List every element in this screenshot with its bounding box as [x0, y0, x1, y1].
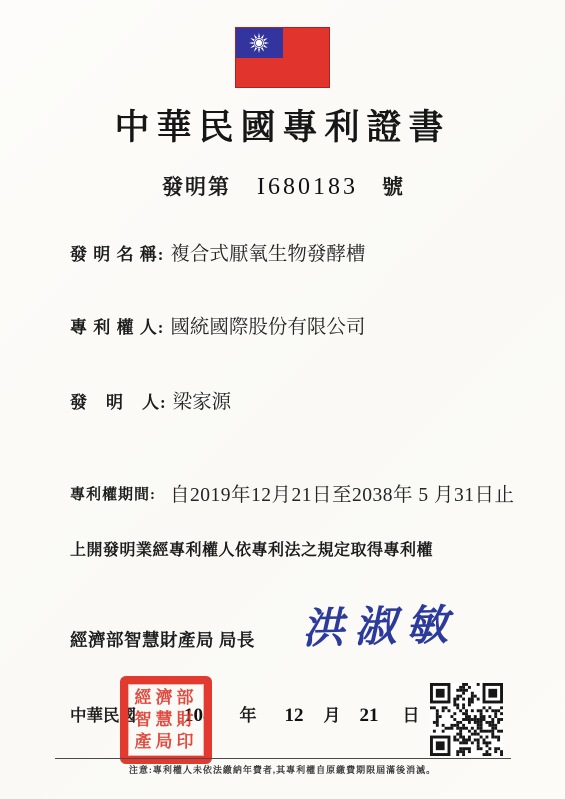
patentee-value: 國統國際股份有限公司 — [170, 317, 365, 338]
footer-divider — [55, 758, 511, 759]
field-inventor: 發 明 人: 梁家源 — [70, 386, 231, 414]
legal-statement: 上開發明業經專利權人依專利法之規定取得專利權 — [70, 537, 433, 560]
patentee-label: 專 利 權 人: — [70, 318, 164, 337]
seal-text: 經濟部智慧財產局印 — [133, 687, 199, 753]
official-red-seal: 經濟部智慧財產局印 — [120, 676, 212, 764]
flag-canton — [236, 28, 283, 58]
patent-number-suffix: 號 — [382, 171, 403, 201]
patent-number-value: I680183 — [257, 174, 358, 201]
patent-certificate-page: 中華民國專利證書 發明第 I680183 號 發 明 名 稱: 複合式厭氧生物發… — [0, 0, 565, 799]
patent-number-row: 發明第 I680183 號 — [0, 171, 565, 201]
taiwan-flag — [235, 27, 330, 88]
date-day: 21 — [360, 705, 379, 726]
footnote: 注意:專利權人未依法繳納年費者,其專利權自原繳費期限屆滿後消滅。 — [0, 763, 565, 776]
field-patentee: 專 利 權 人: 國統國際股份有限公司 — [70, 311, 365, 339]
field-invention-name: 發 明 名 稱: 複合式厭氧生物發酵槽 — [70, 238, 365, 266]
inventor-label: 發 明 人: — [70, 393, 167, 412]
qr-code — [430, 683, 503, 756]
certificate-title: 中華民國專利證書 — [0, 100, 565, 150]
invention-name-label: 發 明 名 稱: — [70, 245, 164, 264]
field-patent-term: 專利權期間: 自2019年12月21日至2038年 5 月31日止 — [70, 479, 515, 507]
date-day-unit: 日 — [403, 706, 420, 725]
office-director-title: 經濟部智慧財產局 局長 — [70, 627, 255, 652]
date-year-unit: 年 — [240, 706, 257, 725]
inventor-value: 梁家源 — [173, 392, 232, 413]
patent-term-label: 專利權期間: — [70, 487, 156, 503]
white-sun-icon — [244, 28, 274, 58]
director-signature: 洪淑敏 — [301, 592, 459, 656]
patent-number-prefix: 發明第 — [162, 171, 231, 201]
patent-term-value: 自2019年12月21日至2038年 5 月31日止 — [170, 485, 515, 506]
invention-name-value: 複合式厭氧生物發酵槽 — [170, 244, 365, 265]
date-month: 12 — [285, 705, 304, 726]
date-month-unit: 月 — [324, 706, 341, 725]
